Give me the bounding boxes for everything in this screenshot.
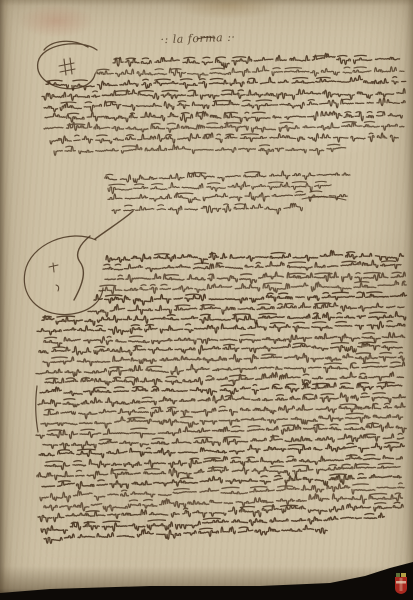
opening-paragraph-line [54, 143, 346, 157]
main-text-block-line [37, 320, 405, 336]
main-text-block-line [44, 403, 405, 420]
manuscript-photo: ·: la forma :· [0, 0, 413, 600]
initial-inner-marks [49, 263, 59, 291]
stamp-crown [401, 573, 406, 577]
opening-paragraph-line [42, 88, 405, 102]
main-text-block-line [94, 291, 407, 306]
opening-paragraph-line [113, 52, 400, 69]
opening-paragraph-line [46, 75, 406, 91]
paraph-flourish [38, 41, 97, 89]
opening-paragraph-line [50, 132, 398, 145]
initial-s-stroke [74, 211, 133, 300]
paraph-hash-mark [59, 58, 75, 75]
main-text-block-line [105, 271, 405, 286]
initial-flourish-circle [24, 236, 103, 315]
middle-clause-line [112, 203, 303, 216]
middle-clause-line [105, 169, 350, 183]
margin-stroke [36, 386, 38, 432]
main-text-block-line [103, 260, 401, 273]
main-text-block-line [38, 501, 403, 523]
main-text-block-line [40, 381, 402, 398]
opening-paragraph-line [44, 119, 404, 134]
main-text-block-line [44, 492, 403, 513]
heading-overbar [197, 37, 215, 39]
stamp-leaf [396, 573, 400, 577]
stamp-pale [400, 578, 403, 591]
main-text-block-line [36, 422, 406, 440]
handwritten-script-layer [0, 0, 413, 600]
archive-stamp-icon [393, 573, 410, 596]
opening-paragraph-line [96, 65, 404, 80]
